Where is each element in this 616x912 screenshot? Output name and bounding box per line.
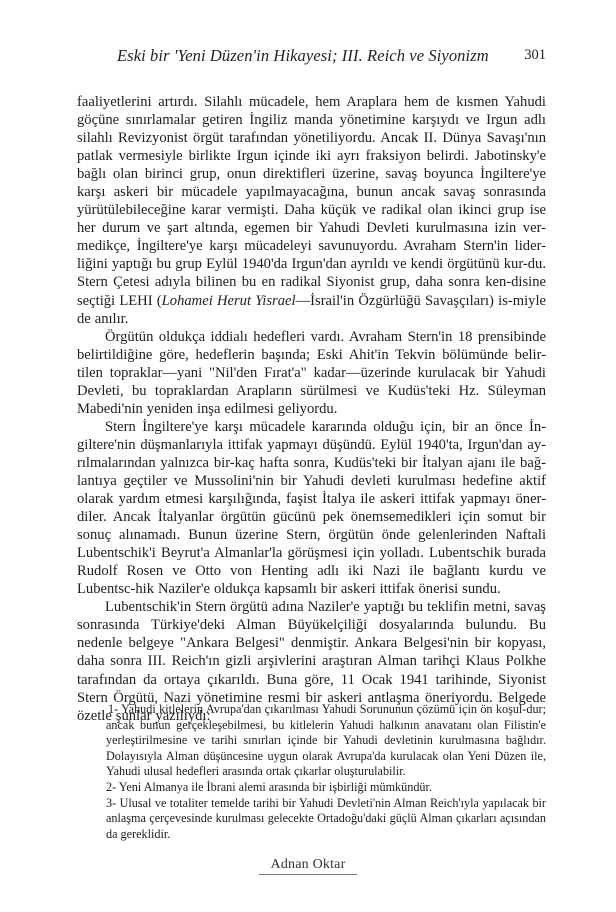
body-text: faaliyetlerini artırdı. Silahlı mücadele… — [77, 93, 546, 725]
page-footer: Adnan Oktar — [0, 855, 616, 875]
author-name: Adnan Oktar — [259, 857, 358, 875]
paragraph-1: faaliyetlerini artırdı. Silahlı mücadele… — [77, 93, 546, 328]
quote-item-1: 1- Yahudi kitlelerin Avrupa'dan çıkarılm… — [106, 702, 546, 780]
italic-term: Lohamei Herut Yisrael — [162, 293, 296, 309]
paragraph-text: faaliyetlerini artırdı. Silahlı mücadele… — [77, 94, 546, 309]
quoted-document-excerpt: 1- Yahudi kitlelerin Avrupa'dan çıkarılm… — [106, 702, 546, 842]
chapter-running-title: Eski bir 'Yeni Düzen'in Hikayesi; III. R… — [117, 46, 489, 66]
paragraph-2: Örgütün oldukça iddialı hedefleri vardı.… — [77, 328, 546, 418]
page-number: 301 — [524, 47, 546, 64]
running-header: Eski bir 'Yeni Düzen'in Hikayesi; III. R… — [77, 46, 546, 68]
quote-item-3: 3- Ulusal ve totaliter temelde tarihi bi… — [106, 796, 546, 843]
book-page: Eski bir 'Yeni Düzen'in Hikayesi; III. R… — [0, 0, 616, 912]
paragraph-3: Stern İngiltere'ye karşı mücadele kararı… — [77, 418, 546, 598]
quote-item-2: 2- Yeni Almanya ile İbrani alemi arasınd… — [106, 780, 546, 796]
